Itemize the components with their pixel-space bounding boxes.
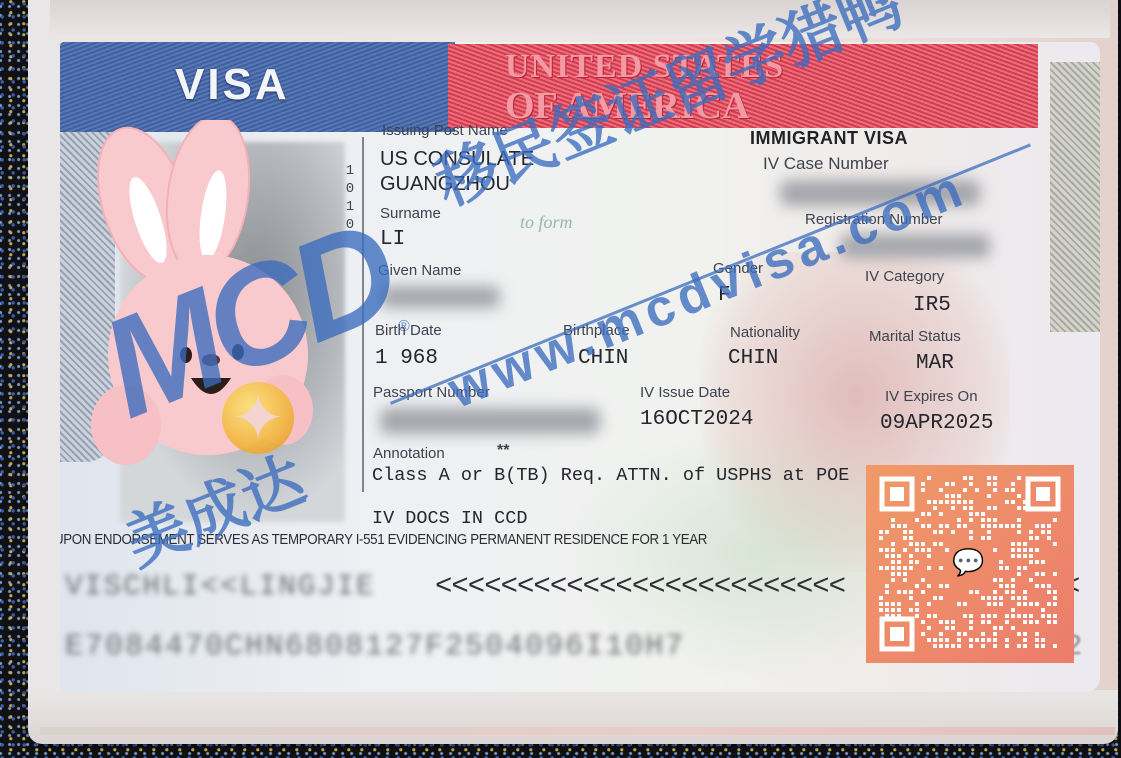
given-name-label: Given Name — [378, 262, 461, 279]
usa-heading-line1: UNITED STATES — [505, 48, 784, 86]
gender-value: F — [718, 284, 731, 307]
issuing-post-line2: GUANGZHOU — [380, 173, 510, 196]
expires-value: 09APR2025 — [880, 412, 993, 435]
mrz-line2: E7084470CHN6808127F2504096I10H7 — [65, 630, 685, 664]
passport-number-redacted — [380, 408, 600, 434]
vertical-control-number: 1 0 1 0 — [343, 162, 357, 234]
issue-date-value: 16OCT2024 — [640, 408, 753, 431]
watermark-registered-mark: ® — [398, 318, 410, 336]
page-edge-strip — [40, 727, 1115, 735]
visa-heading: VISA — [175, 60, 290, 110]
usa-heading-line2: OF AMERICA — [505, 84, 750, 128]
iv-category-value: IR5 — [913, 294, 951, 317]
control-digit: 1 — [343, 162, 357, 180]
mrz-line1-filler: <<<<<<<<<<<<<<<<<<<<<<<<< — [435, 570, 845, 603]
wechat-icon: 💬 — [952, 547, 984, 578]
nationality-value: CHIN — [728, 347, 778, 370]
registration-number-redacted — [840, 234, 990, 258]
marital-status-value: MAR — [916, 352, 954, 375]
page-fold — [50, 0, 1110, 38]
guilloche-pattern-right — [1050, 62, 1100, 332]
page-bottom-margin — [28, 690, 1118, 744]
decorative-script: to form — [520, 212, 573, 233]
control-digit: 0 — [343, 216, 357, 234]
annotation-label: Annotation — [373, 445, 445, 462]
issuing-post-line1: US CONSULATE — [380, 148, 534, 171]
surname-value: LI — [380, 228, 405, 251]
case-number-label: IV Case Number — [763, 154, 889, 174]
mrz-line1-name: VISCHLI<<LINGJIE — [65, 570, 375, 603]
case-number-redacted — [780, 180, 980, 206]
issuing-post-label: Issuing Post Name — [382, 122, 508, 139]
issue-date-label: IV Issue Date — [640, 384, 730, 401]
given-name-redacted — [380, 286, 500, 308]
qr-code[interactable]: 💬 — [866, 465, 1074, 663]
sparkle-icon: ✦ — [222, 382, 294, 454]
iv-category-label: IV Category — [865, 268, 944, 285]
endorsement-text: UPON ENDORSEMENT SERVES AS TEMPORARY I-5… — [60, 532, 707, 548]
nationality-label: Nationality — [730, 324, 800, 341]
photo-divider — [362, 137, 364, 492]
annotation-line2: IV DOCS IN CCD — [372, 508, 527, 529]
annotation-line1: Class A or B(TB) Req. ATTN. of USPHS at … — [372, 465, 849, 486]
annotation-marker: ** — [497, 442, 509, 460]
expires-label: IV Expires On — [885, 388, 978, 405]
control-digit: 0 — [343, 180, 357, 198]
surname-label: Surname — [380, 205, 441, 222]
control-digit: 1 — [343, 198, 357, 216]
visa-type: IMMIGRANT VISA — [750, 128, 908, 149]
marital-status-label: Marital Status — [869, 328, 961, 345]
birthplace-value: CHIN — [578, 347, 628, 370]
birth-date-value: 1 968 — [375, 347, 438, 370]
